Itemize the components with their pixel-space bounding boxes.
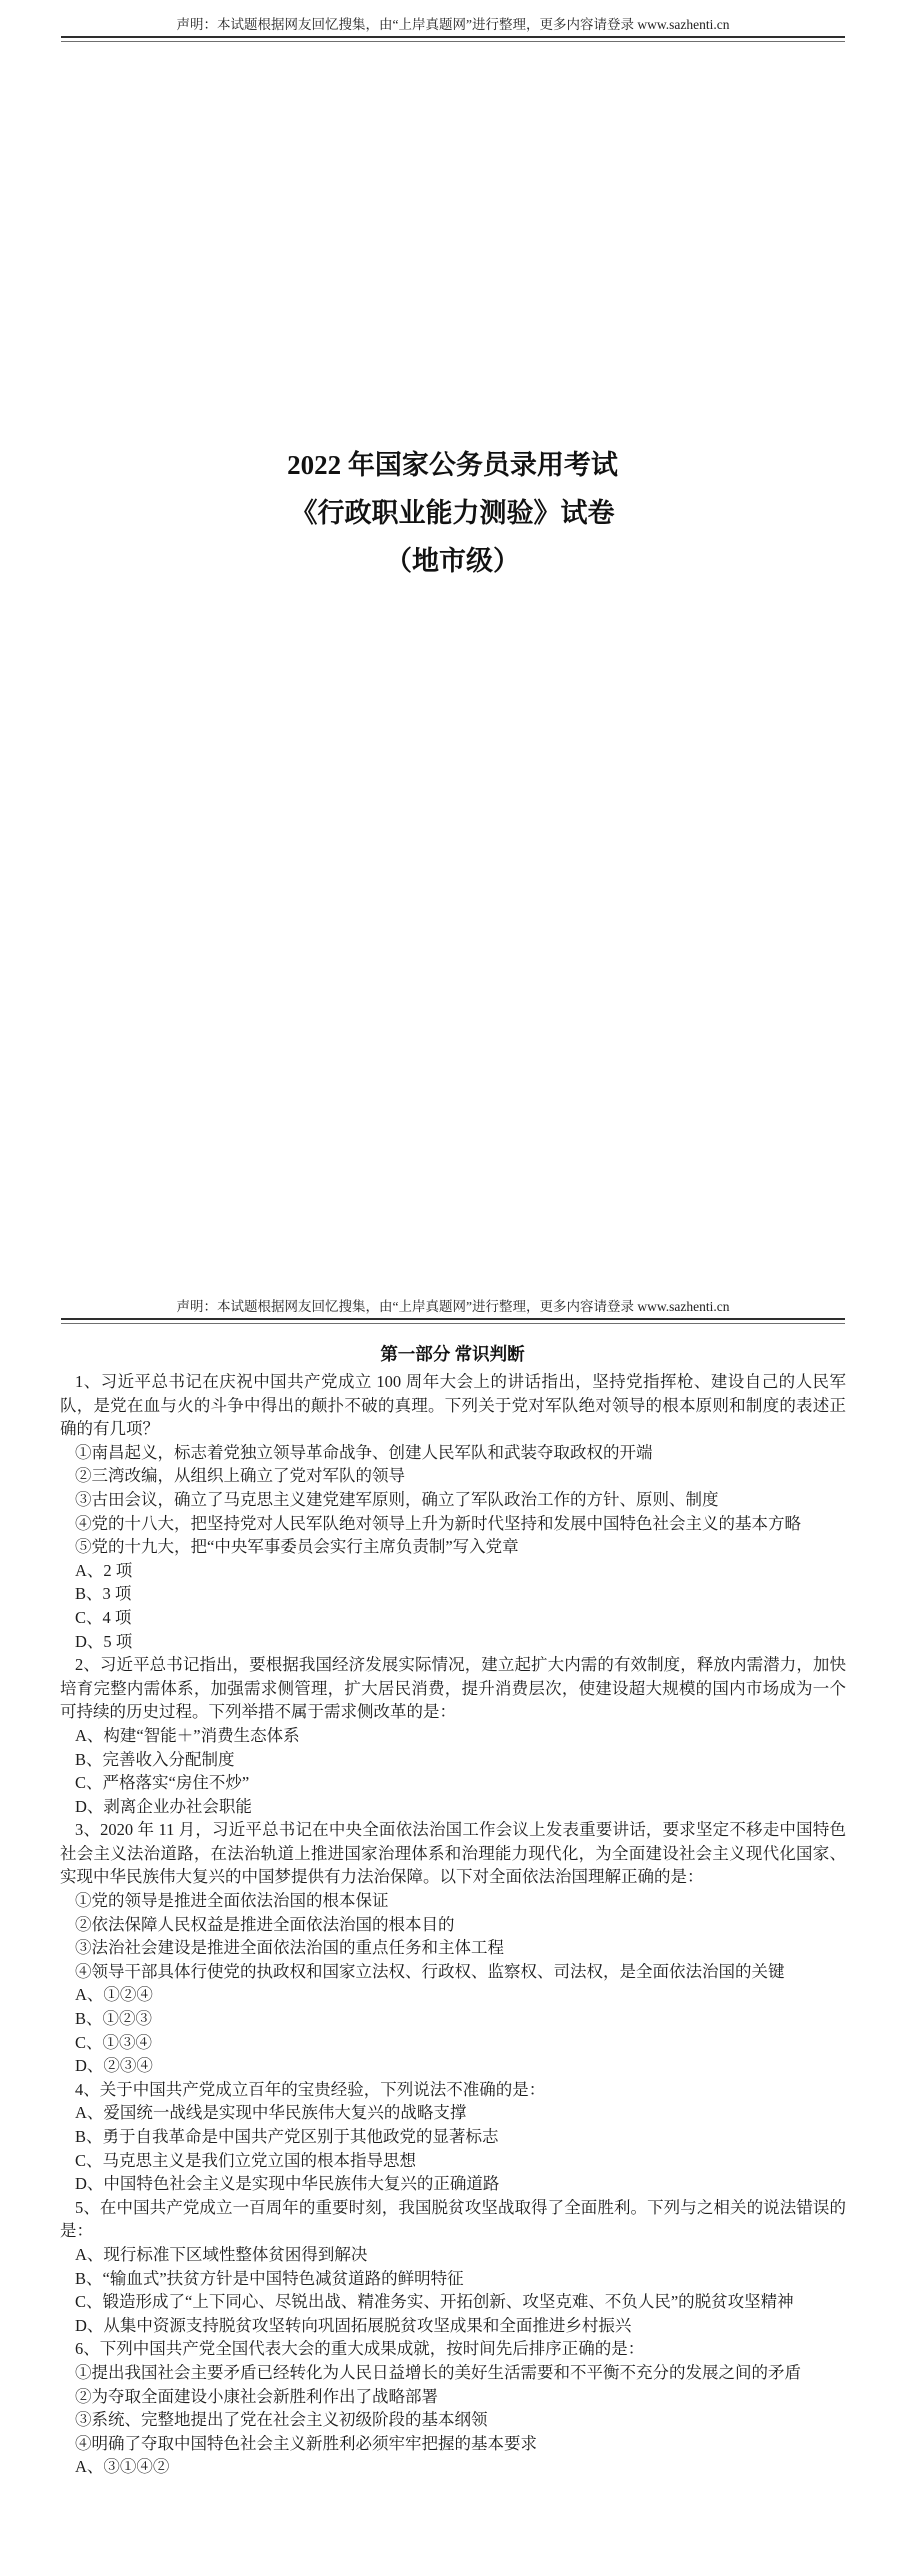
answer-option: B、①②③ <box>60 2007 846 2031</box>
question-subitem: ①南昌起义，标志着党独立领导革命战争、创建人民军队和武装夺取政权的开端 <box>60 1441 846 1465</box>
question: 2、习近平总书记指出，要根据我国经济发展实际情况，建立起扩大内需的有效制度，释放… <box>60 1653 846 1818</box>
question-stem: 5、在中国共产党成立一百周年的重要时刻，我国脱贫攻坚战取得了全面胜利。下列与之相… <box>60 2196 846 2243</box>
question-stem: 4、关于中国共产党成立百年的宝贵经验，下列说法不准确的是： <box>60 2078 846 2102</box>
page1-header: 声明：本试题根据网友回忆搜集，由“上岸真题网”进行整理，更多内容请登录 www.… <box>61 16 845 42</box>
answer-option: A、现行标准下区域性整体贫困得到解决 <box>60 2243 846 2267</box>
exam-title-line1: 2022 年国家公务员录用考试 <box>0 441 905 489</box>
page2-disclaimer-text: 声明：本试题根据网友回忆搜集，由“上岸真题网”进行整理，更多内容请登录 www.… <box>61 1298 845 1315</box>
question-stem: 1、习近平总书记在庆祝中国共产党成立 100 周年大会上的讲话指出，坚持党指挥枪… <box>60 1370 846 1441</box>
section-heading: 第一部分 常识判断 <box>0 1342 905 1366</box>
answer-option: D、从集中资源支持脱贫攻坚转向巩固拓展脱贫攻坚成果和全面推进乡村振兴 <box>60 2314 846 2338</box>
answer-option: A、2 项 <box>60 1559 846 1583</box>
exam-paper-document: 声明：本试题根据网友回忆搜集，由“上岸真题网”进行整理，更多内容请登录 www.… <box>0 0 905 2560</box>
question: 5、在中国共产党成立一百周年的重要时刻，我国脱贫攻坚战取得了全面胜利。下列与之相… <box>60 2196 846 2338</box>
answer-option: C、马克思主义是我们立党立国的根本指导思想 <box>60 2149 846 2173</box>
question-subitem: ③法治社会建设是推进全面依法治国的重点任务和主体工程 <box>60 1936 846 1960</box>
answer-option: A、③①④② <box>60 2455 846 2479</box>
answer-option: C、4 项 <box>60 1606 846 1630</box>
question-subitem: ①党的领导是推进全面依法治国的根本保证 <box>60 1889 846 1913</box>
question: 1、习近平总书记在庆祝中国共产党成立 100 周年大会上的讲话指出，坚持党指挥枪… <box>60 1370 846 1653</box>
question-subitem: ④党的十八大，把坚持党对人民军队绝对领导上升为新时代坚持和发展中国特色社会主义的… <box>60 1512 846 1536</box>
question-stem: 2、习近平总书记指出，要根据我国经济发展实际情况，建立起扩大内需的有效制度，释放… <box>60 1653 846 1724</box>
question-subitem: ④明确了夺取中国特色社会主义新胜利必须牢牢把握的基本要求 <box>60 2432 846 2456</box>
answer-option: D、剥离企业办社会职能 <box>60 1795 846 1819</box>
answer-option: A、①②④ <box>60 1983 846 2007</box>
answer-option: B、3 项 <box>60 1582 846 1606</box>
answer-option: C、严格落实“房住不炒” <box>60 1771 846 1795</box>
question-subitem: ④领导干部具体行使党的执政权和国家立法权、行政权、监察权、司法权，是全面依法治国… <box>60 1960 846 1984</box>
answer-option: D、5 项 <box>60 1630 846 1654</box>
question-subitem: ②依法保障人民权益是推进全面依法治国的根本目的 <box>60 1913 846 1937</box>
exam-title-line2: 《行政职业能力测验》试卷 <box>0 489 905 537</box>
answer-option: D、②③④ <box>60 2054 846 2078</box>
page1-disclaimer-text: 声明：本试题根据网友回忆搜集，由“上岸真题网”进行整理，更多内容请登录 www.… <box>61 16 845 33</box>
answer-option: A、构建“智能＋”消费生态体系 <box>60 1724 846 1748</box>
question-subitem: ②为夺取全面建设小康社会新胜利作出了战略部署 <box>60 2385 846 2409</box>
question-subitem: ③系统、完整地提出了党在社会主义初级阶段的基本纲领 <box>60 2408 846 2432</box>
exam-title-line3: （地市级） <box>0 537 905 585</box>
question-subitem: ②三湾改编，从组织上确立了党对军队的领导 <box>60 1464 846 1488</box>
answer-option: B、“输血式”扶贫方针是中国特色减贫道路的鲜明特征 <box>60 2267 846 2291</box>
question-subitem: ⑤党的十九大，把“中央军事委员会实行主席负责制”写入党章 <box>60 1535 846 1559</box>
header-rule <box>61 1318 845 1324</box>
answer-option: B、完善收入分配制度 <box>60 1748 846 1772</box>
answer-option: C、锻造形成了“上下同心、尽锐出战、精准务实、开拓创新、攻坚克难、不负人民”的脱… <box>60 2290 846 2314</box>
question-stem: 3、2020 年 11 月，习近平总书记在中央全面依法治国工作会议上发表重要讲话… <box>60 1818 846 1889</box>
answer-option: B、勇于自我革命是中国共产党区别于其他政党的显著标志 <box>60 2125 846 2149</box>
page2-header: 声明：本试题根据网友回忆搜集，由“上岸真题网”进行整理，更多内容请登录 www.… <box>61 1298 845 1324</box>
header-rule <box>61 36 845 42</box>
exam-title: 2022 年国家公务员录用考试 《行政职业能力测验》试卷 （地市级） <box>0 441 905 585</box>
answer-option: D、中国特色社会主义是实现中华民族伟大复兴的正确道路 <box>60 2172 846 2196</box>
questions: 1、习近平总书记在庆祝中国共产党成立 100 周年大会上的讲话指出，坚持党指挥枪… <box>60 1370 846 2479</box>
question: 3、2020 年 11 月，习近平总书记在中央全面依法治国工作会议上发表重要讲话… <box>60 1818 846 2078</box>
question-stem: 6、下列中国共产党全国代表大会的重大成果成就，按时间先后排序正确的是： <box>60 2337 846 2361</box>
answer-option: C、①③④ <box>60 2031 846 2055</box>
question: 4、关于中国共产党成立百年的宝贵经验，下列说法不准确的是：A、爱国统一战线是实现… <box>60 2078 846 2196</box>
question-subitem: ①提出我国社会主要矛盾已经转化为人民日益增长的美好生活需要和不平衡不充分的发展之… <box>60 2361 846 2385</box>
question: 6、下列中国共产党全国代表大会的重大成果成就，按时间先后排序正确的是：①提出我国… <box>60 2337 846 2479</box>
answer-option: A、爱国统一战线是实现中华民族伟大复兴的战略支撑 <box>60 2101 846 2125</box>
question-subitem: ③古田会议，确立了马克思主义建党建军原则，确立了军队政治工作的方针、原则、制度 <box>60 1488 846 1512</box>
